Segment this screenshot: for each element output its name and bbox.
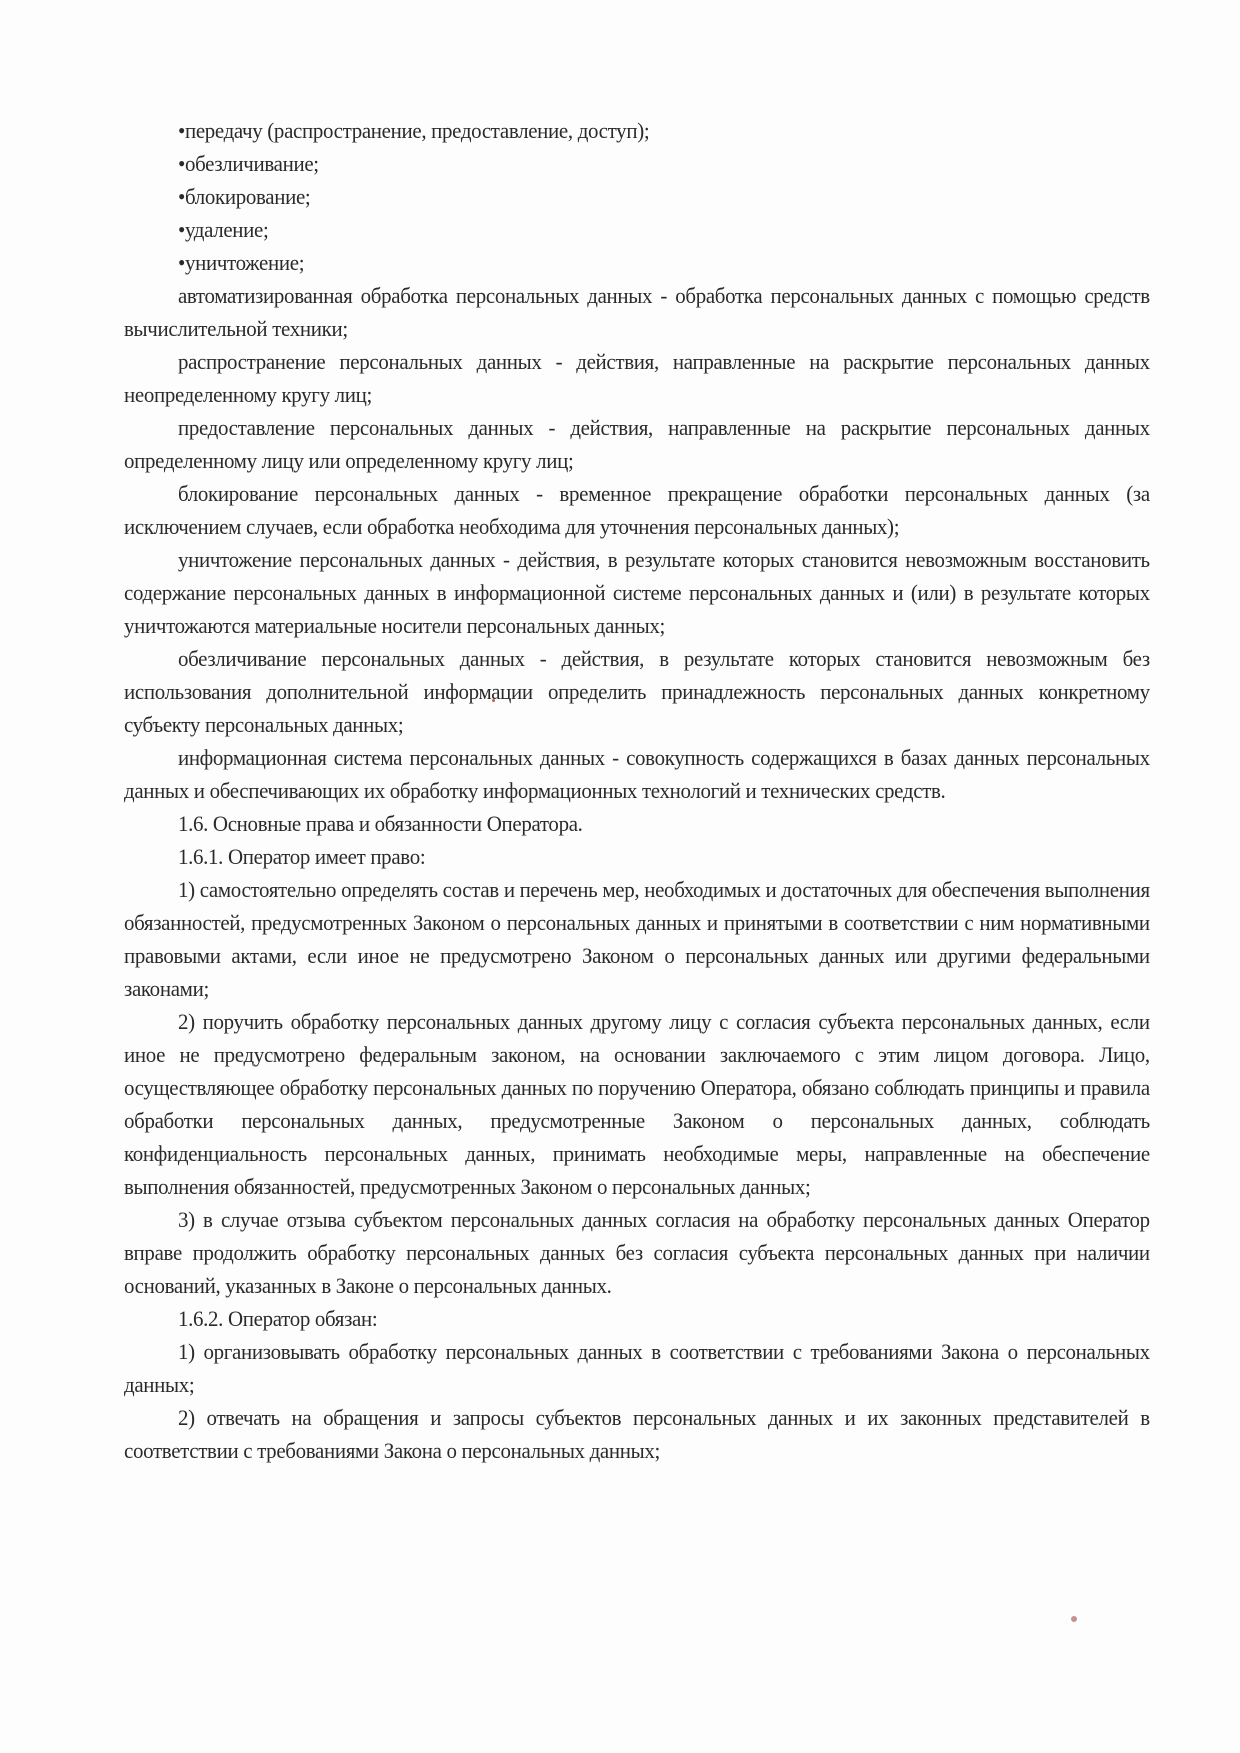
subsection-heading-1-6-1: 1.6.1. Оператор имеет право:: [124, 840, 1150, 873]
obligations-item-1: 1) организовывать обработку персональных…: [124, 1335, 1150, 1401]
bullet-item-blocking: •блокирование;: [124, 180, 1150, 213]
section-heading-1-6: 1.6. Основные права и обязанности Операт…: [124, 807, 1150, 840]
definition-information-system: информационная система персональных данн…: [124, 741, 1150, 807]
subsection-heading-1-6-2: 1.6.2. Оператор обязан:: [124, 1302, 1150, 1335]
bullet-item-depersonalization: •обезличивание;: [124, 147, 1150, 180]
bullet-item-deletion: •удаление;: [124, 213, 1150, 246]
definition-destruction: уничтожение персональных данных - действ…: [124, 543, 1150, 642]
obligations-item-2: 2) отвечать на обращения и запросы субъе…: [124, 1401, 1150, 1467]
document-page: •передачу (распространение, предоставлен…: [124, 114, 1150, 1467]
bullet-item-transfer: •передачу (распространение, предоставлен…: [124, 114, 1150, 147]
definition-automated-processing: автоматизированная обработка персональны…: [124, 279, 1150, 345]
bullet-item-destruction: •уничтожение;: [124, 246, 1150, 279]
rights-item-3: 3) в случае отзыва субъектом персональны…: [124, 1203, 1150, 1302]
definition-blocking: блокирование персональных данных - време…: [124, 477, 1150, 543]
scan-speck-mark-corner: [1071, 1616, 1077, 1622]
definition-depersonalization: обезличивание персональных данных - дейс…: [124, 642, 1150, 741]
scan-speck-mark: [492, 699, 495, 702]
definition-provision: предоставление персональных данных - дей…: [124, 411, 1150, 477]
rights-item-2: 2) поручить обработку персональных данны…: [124, 1005, 1150, 1203]
definition-dissemination: распространение персональных данных - де…: [124, 345, 1150, 411]
rights-item-1: 1) самостоятельно определять состав и пе…: [124, 873, 1150, 1005]
